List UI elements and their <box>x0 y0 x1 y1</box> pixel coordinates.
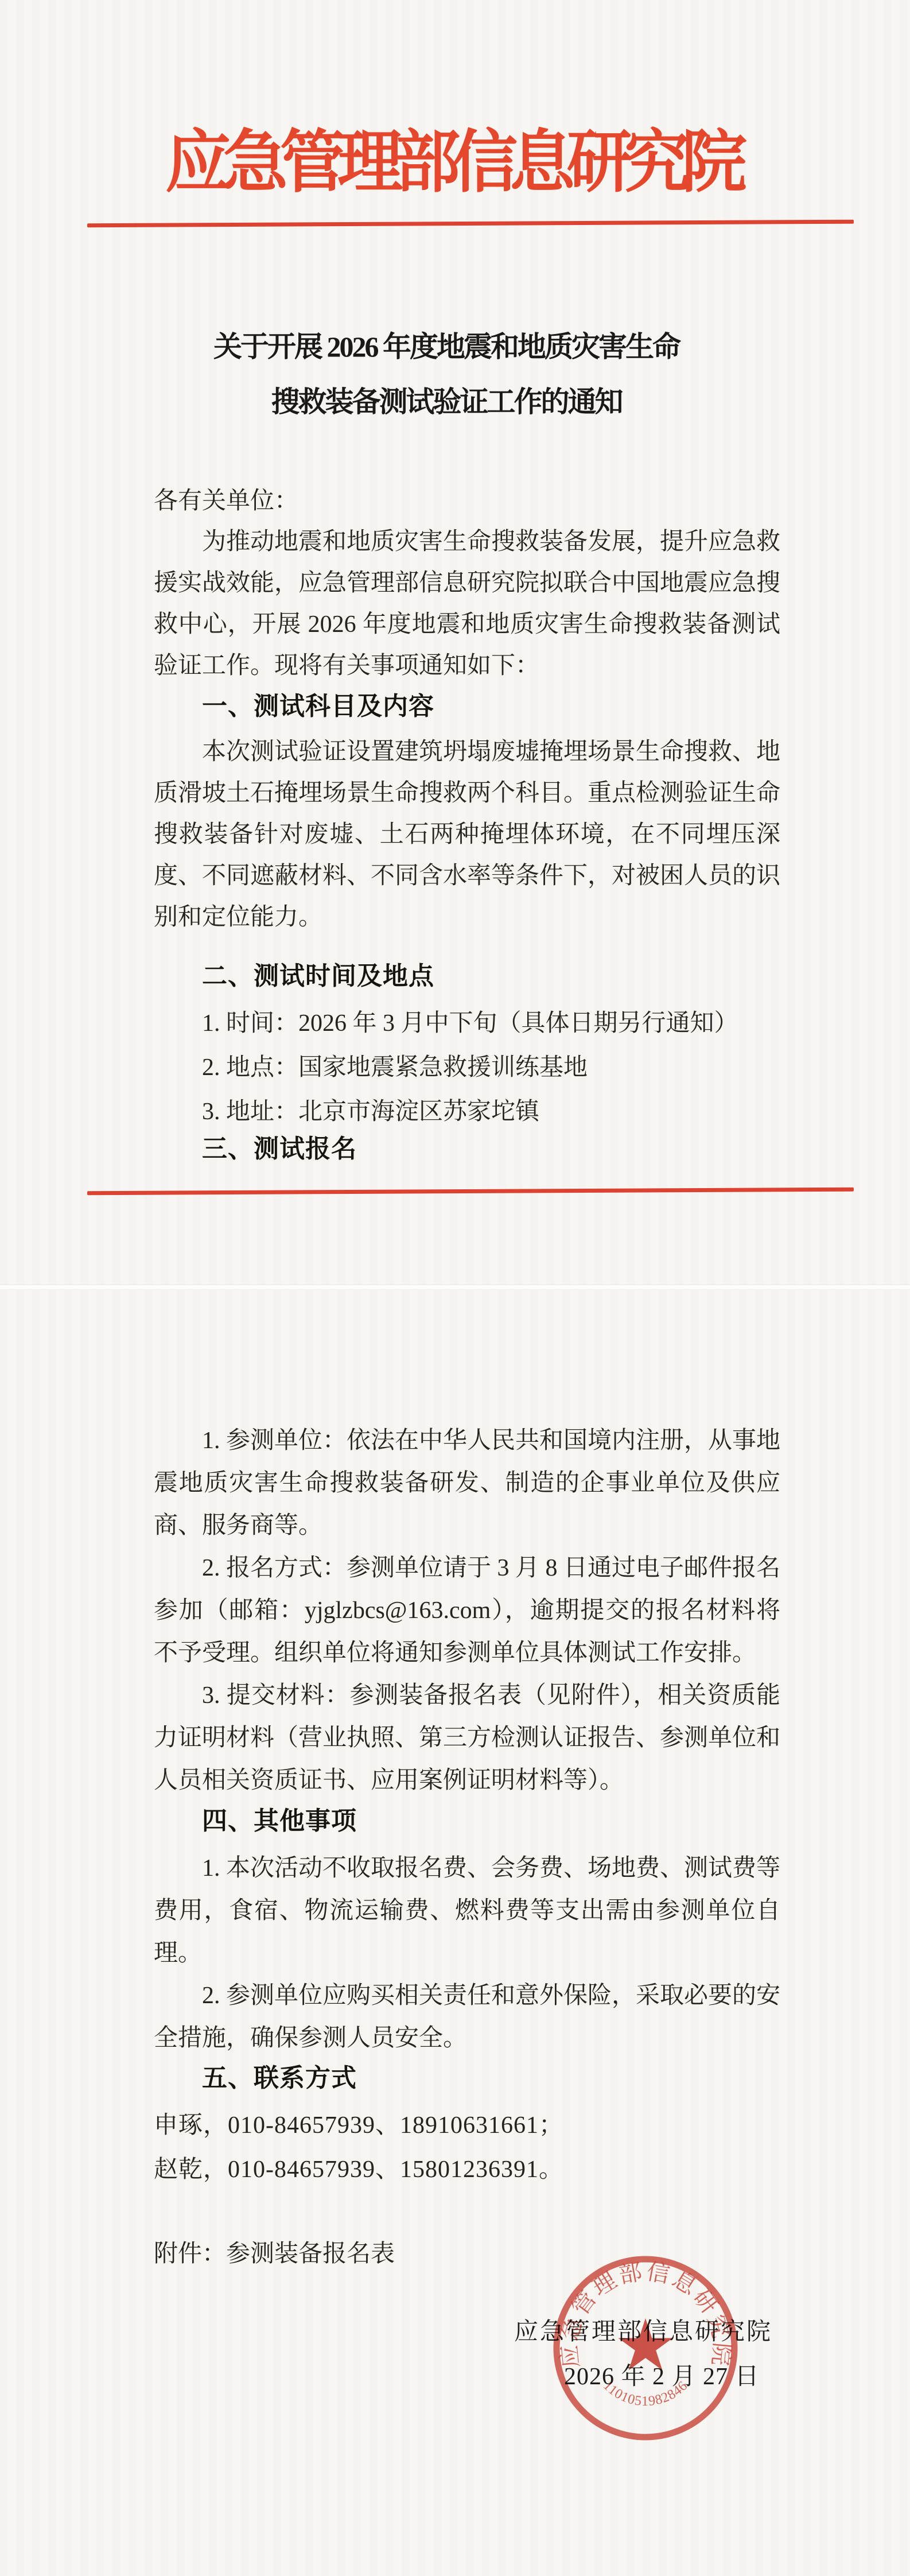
section5-heading: 五、联系方式 <box>154 2062 780 2095</box>
page1-footer-rule <box>87 1188 854 1196</box>
official-seal: 应急管理部信息研究院 1101051982846 <box>547 2249 744 2447</box>
page-break-seam <box>0 1285 910 1290</box>
seal-star-icon <box>618 2318 672 2371</box>
section2-items: 1. 时间：2026 年 3 月中下旬（具体日期另行通知） 2. 地点：国家地震… <box>154 1002 814 1134</box>
section3-item-registration: 2. 报名方式：参测单位请于 3 月 8 日通过电子邮件报名参加（邮箱：yjgl… <box>154 1547 780 1674</box>
section1-heading: 一、测试科目及内容 <box>154 690 780 723</box>
scanned-notice-document: 应急管理部信息研究院 关于开展 2026 年度地震和地质灾害生命 搜救装备测试验… <box>0 0 910 2576</box>
section4-item-insurance: 2. 参测单位应购买相关责任和意外保险，采取必要的安全措施，确保参测人员安全。 <box>154 1974 780 2059</box>
section1-body: 本次测试验证设置建筑坍塌废墟掩埋场景生命搜救、地质滑坡土石掩埋场景生命搜救两个科… <box>154 731 780 938</box>
section4-heading: 四、其他事项 <box>154 1805 780 1838</box>
masthead-org-title: 应急管理部信息研究院 <box>0 126 904 200</box>
section3-item-materials: 3. 提交材料：参测装备报名表（见附件），相关资质能力证明材料（营业执照、第三方… <box>154 1674 780 1802</box>
masthead-rule <box>87 220 854 228</box>
section2-item-time: 1. 时间：2026 年 3 月中下旬（具体日期另行通知） <box>154 1002 814 1046</box>
contact-shen-zhuo: 申琢，010-84657939、18910631661； <box>154 2104 814 2148</box>
contact-zhao-qian: 赵乾，010-84657939、15801236391。 <box>154 2148 814 2192</box>
doc-title-line1: 关于开展 2026 年度地震和地质灾害生命 <box>0 319 893 374</box>
seal-code-text: 1101051982846 <box>600 2379 691 2410</box>
salutation: 各有关单位： <box>154 484 298 518</box>
doc-title-line2: 搜救装备测试验证工作的通知 <box>0 374 893 429</box>
section2-item-address: 3. 地址：北京市海淀区苏家坨镇 <box>154 1090 814 1134</box>
section4-item-fees: 1. 本次活动不收取报名费、会务费、场地费、测试费等费用，食宿、物流运输费、燃料… <box>154 1847 780 1974</box>
doc-title: 关于开展 2026 年度地震和地质灾害生命 搜救装备测试验证工作的通知 <box>0 319 893 429</box>
section3-items: 1. 参测单位：依法在中华人民共和国境内注册，从事地震地质灾害生命搜救装备研发、… <box>154 1419 780 1802</box>
contact-list: 申琢，010-84657939、18910631661； 赵乾，010-8465… <box>154 2104 814 2192</box>
section2-heading: 二、测试时间及地点 <box>154 960 780 993</box>
attachment-note: 附件：参测装备报名表 <box>154 2237 395 2271</box>
section3-heading: 三、测试报名 <box>154 1132 780 1166</box>
intro-paragraph: 为推动地震和地质灾害生命搜救装备发展，提升应急救援实战效能，应急管理部信息研究院… <box>154 521 780 686</box>
section2-item-venue: 2. 地点：国家地震紧急救援训练基地 <box>154 1046 814 1090</box>
section3-item-participants: 1. 参测单位：依法在中华人民共和国境内注册，从事地震地质灾害生命搜救装备研发、… <box>154 1419 780 1547</box>
